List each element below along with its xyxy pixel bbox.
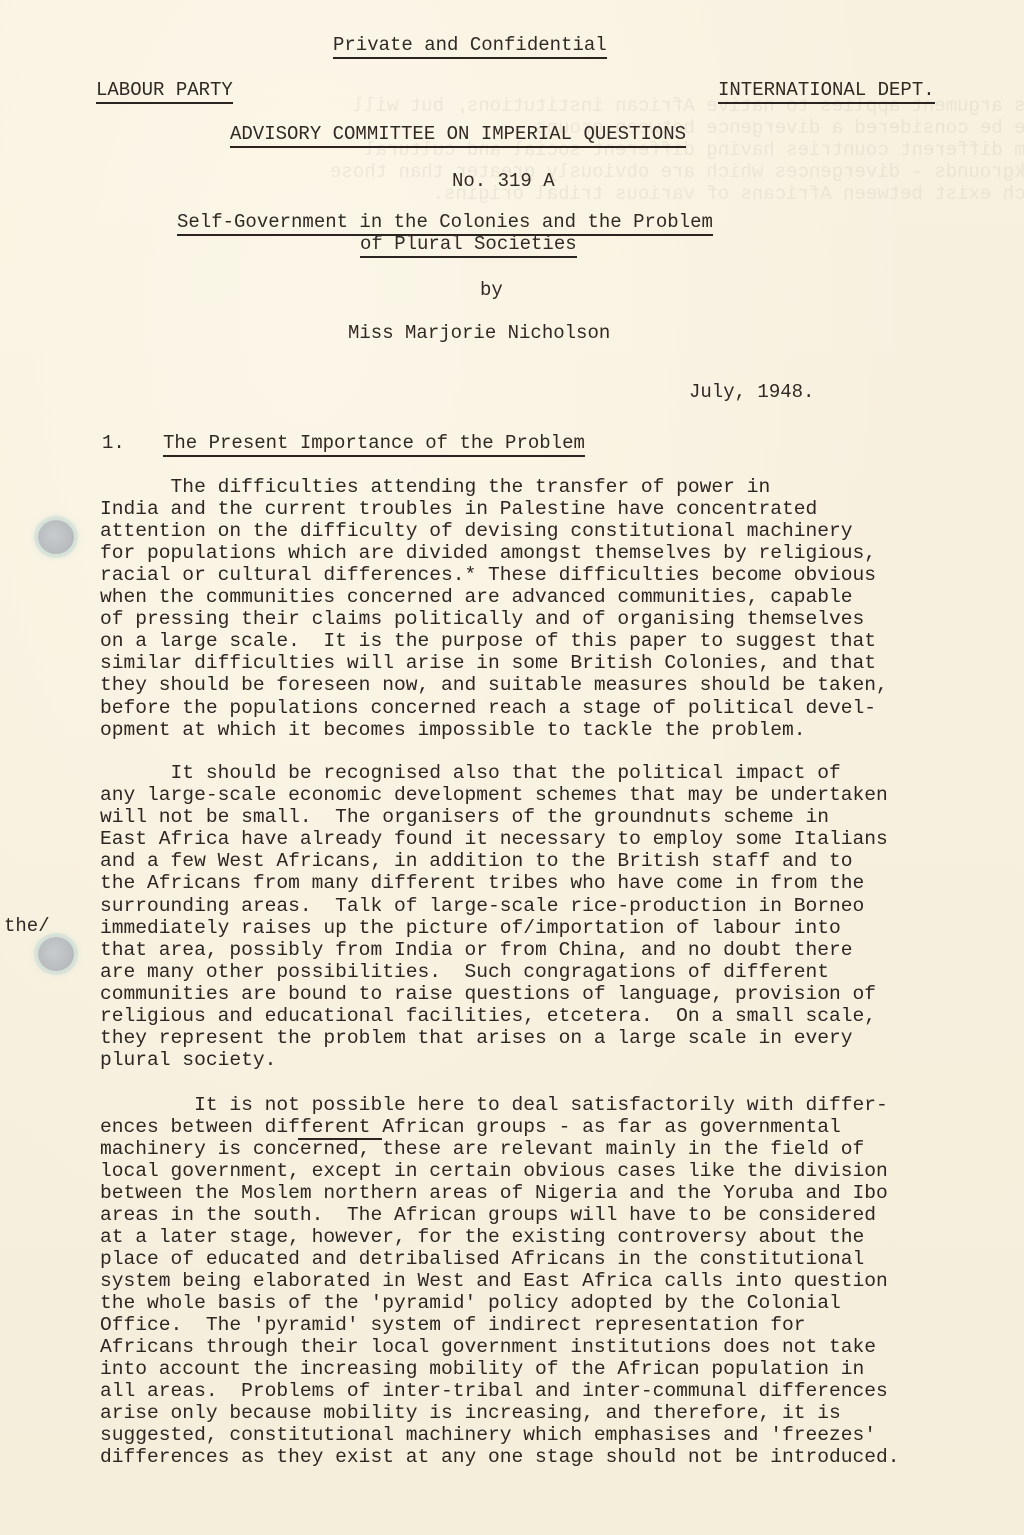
paragraph-line: of pressing their claims politically and… <box>100 608 864 630</box>
paragraph-line: local government, except in certain obvi… <box>100 1160 888 1182</box>
bleed-through-text: this argument applies to native African … <box>330 95 1024 205</box>
paragraph-line: any large-scale economic development sch… <box>100 784 888 806</box>
document-date: July, 1948. <box>689 381 814 403</box>
paragraph-line: The difficulties attending the transfer … <box>100 476 770 498</box>
paragraph-line: on a large scale. It is the purpose of t… <box>100 630 876 652</box>
paragraph-line: suggested, constitutional machinery whic… <box>100 1424 876 1446</box>
paragraph-line: Africans through their local government … <box>100 1336 876 1358</box>
paragraph-line: and a few West Africans, in addition to … <box>100 850 853 872</box>
paragraph-line: they represent the problem that arises o… <box>100 1027 853 1049</box>
paragraph-line: differences as they exist at any one sta… <box>100 1446 900 1468</box>
document-title-line2: of Plural Societies <box>360 233 577 258</box>
paragraph-line: will not be small. The organisers of the… <box>100 806 829 828</box>
paragraph-line: racial or cultural differences.* These d… <box>100 564 876 586</box>
paragraph-line: communities are bound to raise questions… <box>100 983 876 1005</box>
paragraph-line: for populations which are divided amongs… <box>100 542 876 564</box>
paragraph-line: before the populations concerned reach a… <box>100 697 876 719</box>
paragraph-line: into account the increasing mobility of … <box>100 1358 864 1380</box>
paragraph-line: East Africa have already found it necess… <box>100 828 888 850</box>
paragraph-line: they should be foreseen now, and suitabl… <box>100 674 888 696</box>
document-page: this argument applies to native African … <box>0 0 1024 1535</box>
paragraph-line: religious and educational facilities, et… <box>100 1005 876 1027</box>
paragraph-line: Office. The 'pyramid' system of indirect… <box>100 1314 806 1336</box>
paragraph-line: all areas. Problems of inter-tribal and … <box>100 1380 888 1402</box>
paragraph-line: surrounding areas. Talk of large-scale r… <box>100 895 864 917</box>
paragraph-line: arise only because mobility is increasin… <box>100 1402 841 1424</box>
committee-title: ADVISORY COMMITTEE ON IMPERIAL QUESTIONS <box>230 123 686 148</box>
paragraph-line: attention on the difficulty of devising … <box>100 520 853 542</box>
organisation-right: INTERNATIONAL DEPT. <box>718 79 935 104</box>
paragraph-line: ences between different African groups -… <box>100 1116 841 1138</box>
margin-note: the/ <box>4 915 50 937</box>
by-label: by <box>480 279 503 301</box>
paragraph-line: immediately raises up the picture of/imp… <box>100 917 841 939</box>
paragraph-line: It is not possible here to deal satisfac… <box>100 1094 888 1116</box>
paragraph-line: the Africans from many different tribes … <box>100 872 864 894</box>
section-number: 1. <box>102 432 125 454</box>
paragraph-line: It should be recognised also that the po… <box>100 762 841 784</box>
paragraph-line: the whole basis of the 'pyramid' policy … <box>100 1292 841 1314</box>
paragraph-line: machinery is concerned, these are releva… <box>100 1138 864 1160</box>
paragraph-line: that area, possibly from India or from C… <box>100 939 853 961</box>
paragraph-line: India and the current troubles in Palest… <box>100 498 817 520</box>
paragraph-line: are many other possibilities. Such congr… <box>100 961 829 983</box>
paragraph-line: similar difficulties will arise in some … <box>100 652 876 674</box>
classification-label: Private and Confidential <box>333 34 607 59</box>
author-name: Miss Marjorie Nicholson <box>348 322 610 344</box>
section-title: The Present Importance of the Problem <box>163 432 585 457</box>
punch-hole-bottom <box>38 937 74 971</box>
paragraph-line: when the communities concerned are advan… <box>100 586 853 608</box>
paragraph-line: opment at which it becomes impossible to… <box>100 719 806 741</box>
paragraph-line: system being elaborated in West and East… <box>100 1270 888 1292</box>
paragraph-line: between the Moslem northern areas of Nig… <box>100 1182 888 1204</box>
paragraph-line: plural society. <box>100 1049 276 1071</box>
paragraph-line: at a later stage, however, for the exist… <box>100 1226 864 1248</box>
organisation-left: LABOUR PARTY <box>96 79 233 104</box>
paragraph-line: place of educated and detribalised Afric… <box>100 1248 864 1270</box>
document-number: No. 319 A <box>452 170 555 192</box>
punch-hole-top <box>38 520 74 554</box>
paragraph-line: areas in the south. The African groups w… <box>100 1204 876 1226</box>
